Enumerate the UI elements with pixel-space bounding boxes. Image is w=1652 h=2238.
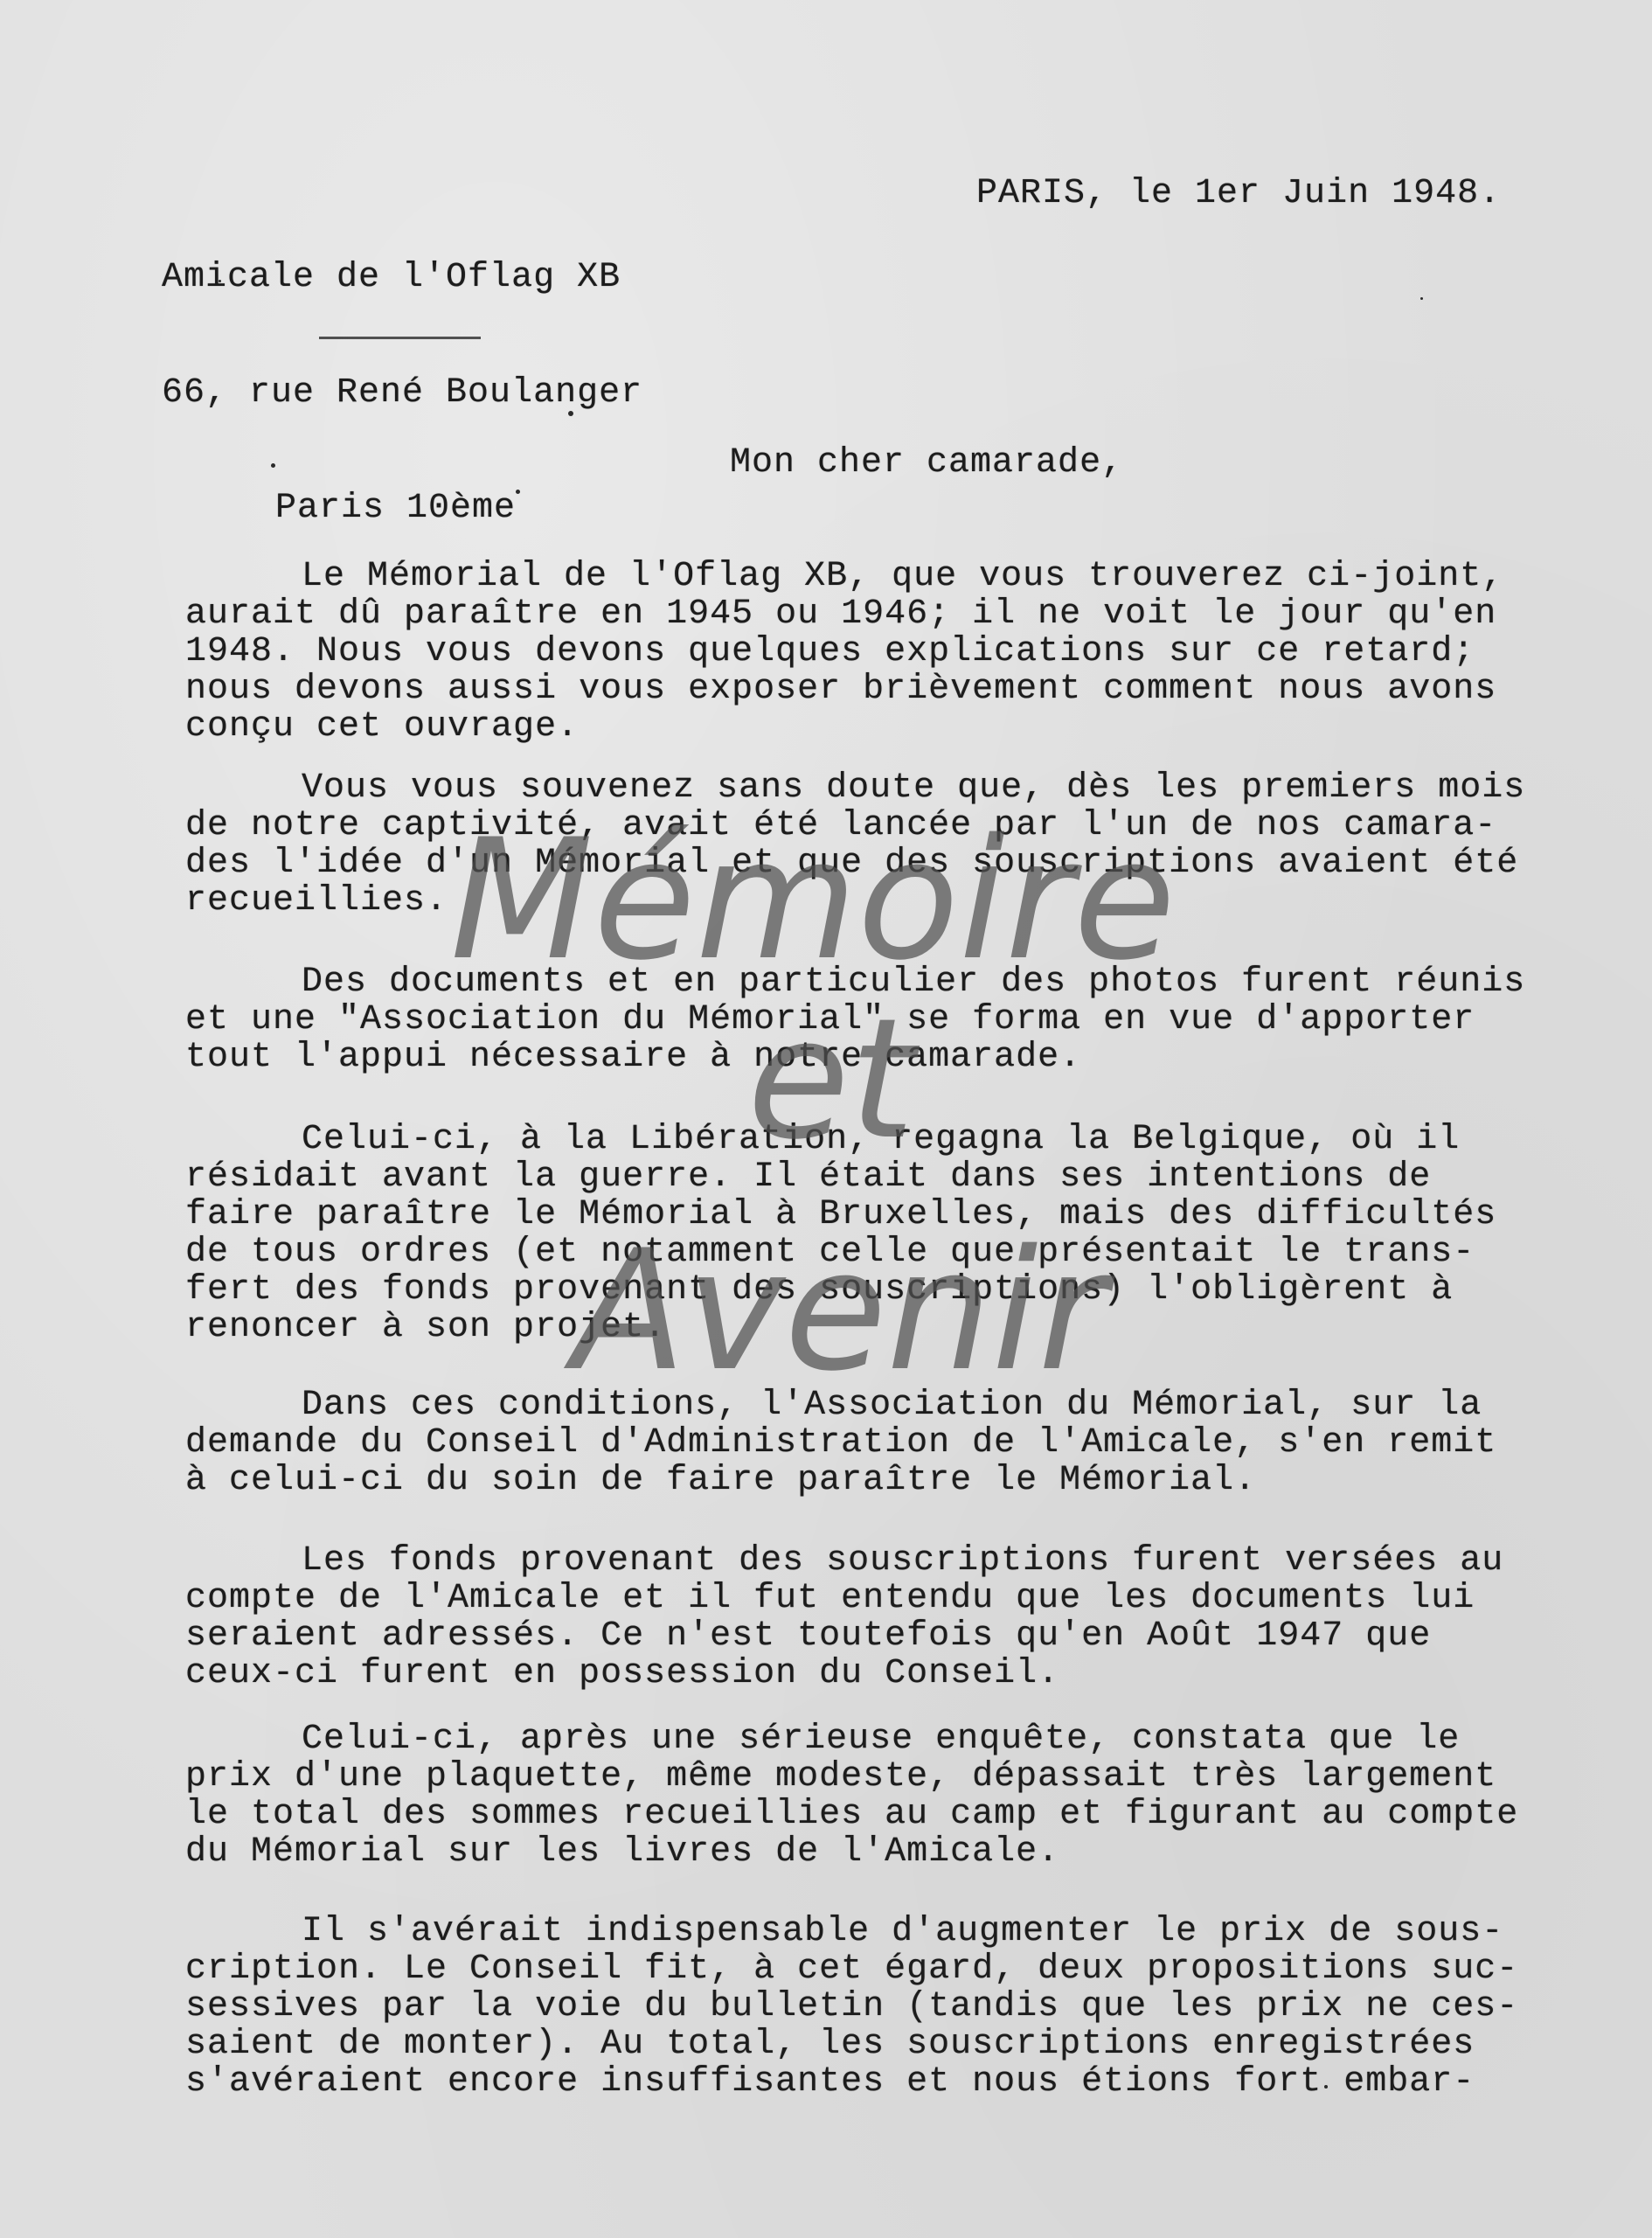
text-line: demande du Conseil d'Administration de l… (185, 1424, 1566, 1462)
text-line: compte de l'Amicale et il fut entendu qu… (185, 1580, 1566, 1617)
ink-speck (516, 490, 520, 494)
paragraph: Il s'avérait indispensable d'augmenter l… (185, 1913, 1566, 2101)
ink-speck (568, 411, 573, 416)
paragraph: Le Mémorial de l'Oflag XB, que vous trou… (185, 558, 1566, 746)
ink-speck (1420, 297, 1423, 300)
text-line: à celui-ci du soin de faire paraître le … (185, 1462, 1566, 1499)
paragraph: Les fonds provenant des souscriptions fu… (185, 1542, 1566, 1692)
text-line: sessives par la voie du bulletin (tandis… (185, 1988, 1566, 2026)
text-line: aurait dû paraître en 1945 ou 1946; il n… (185, 595, 1566, 633)
text-line: Il s'avérait indispensable d'augmenter l… (185, 1913, 1566, 1950)
text-line: Vous vous souvenez sans doute que, dès l… (185, 769, 1566, 807)
text-line: Celui-ci, après une sérieuse enquête, co… (185, 1720, 1566, 1758)
text-line: conçu cet ouvrage. (185, 708, 1566, 746)
text-line: 1948. Nous vous devons quelques explicat… (185, 633, 1566, 671)
text-line: le total des sommes recueillies au camp … (185, 1796, 1566, 1833)
salutation: Mon cher camarade, (730, 444, 1123, 483)
watermark-line: et (747, 997, 914, 1163)
text-line: ceux-ci furent en possession du Conseil. (185, 1655, 1566, 1692)
dateline: PARIS, le 1er Juin 1948. (976, 175, 1501, 213)
text-line: du Mémorial sur les livres de l'Amicale. (185, 1833, 1566, 1871)
watermark-line: Mémoire (450, 817, 1176, 983)
ink-speck (1324, 2085, 1328, 2089)
sender-line: 66, rue René Boulanger (162, 374, 642, 413)
ink-speck (219, 280, 221, 282)
text-line: Le Mémorial de l'Oflag XB, que vous trou… (185, 558, 1566, 595)
ink-speck (271, 463, 275, 468)
text-line: seraient adressés. Ce n'est toutefois qu… (185, 1617, 1566, 1655)
paragraph: Celui-ci, après une sérieuse enquête, co… (185, 1720, 1566, 1871)
sender-line: Amicale de l'Oflag XB (162, 259, 642, 297)
sender-address: Amicale de l'Oflag XB 66, rue René Boula… (162, 182, 642, 566)
watermark-line: Avenir (573, 1228, 1107, 1394)
text-line: s'avéraient encore insuffisantes et nous… (185, 2063, 1566, 2101)
sender-line: Paris 10ème (162, 490, 642, 528)
text-line: Les fonds provenant des souscriptions fu… (185, 1542, 1566, 1580)
text-line: prix d'une plaquette, même modeste, dépa… (185, 1758, 1566, 1796)
text-line: saient de monter). Au total, les souscri… (185, 2026, 1566, 2063)
divider-rule (319, 337, 481, 339)
text-line: cription. Le Conseil fit, à cet égard, d… (185, 1950, 1566, 1988)
text-line: nous devons aussi vous exposer brièvemen… (185, 671, 1566, 708)
